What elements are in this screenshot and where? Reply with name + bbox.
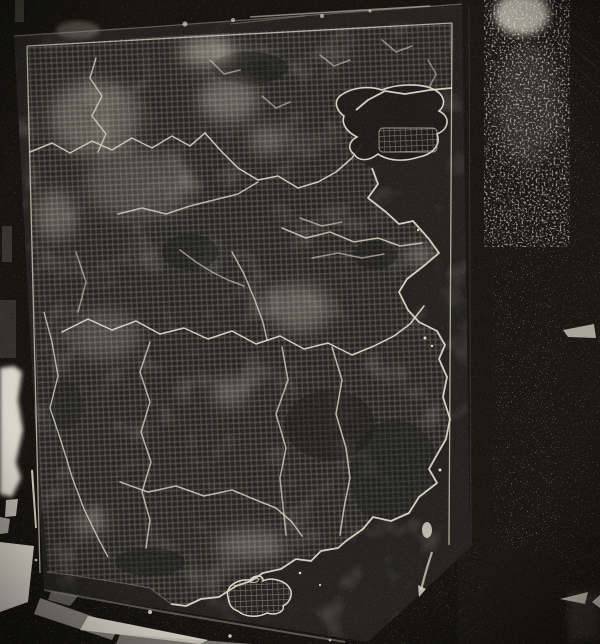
vignette (0, 0, 600, 644)
stele-photograph (0, 0, 600, 644)
photo-canvas (0, 0, 600, 644)
